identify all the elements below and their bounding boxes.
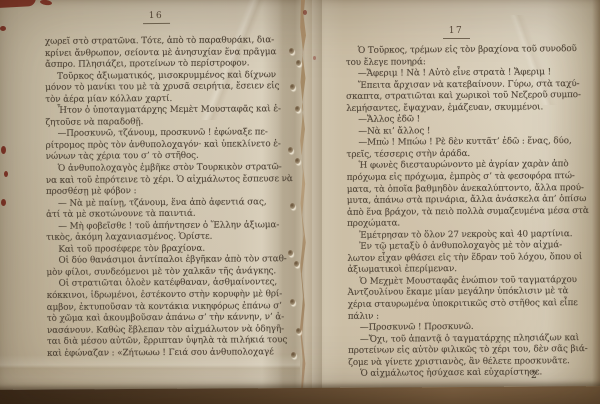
stitch-hole-icon xyxy=(288,147,293,153)
text-line: μόνον τὸ μανίκι του μὲ τὰ χρυσᾶ σειρήτια… xyxy=(45,81,283,94)
text-line: χωρεῖ στὸ στρατῶνα. Τότε, ἀπὸ τὸ παραθυρ… xyxy=(45,35,283,48)
stitch-hole-icon xyxy=(288,250,293,256)
red-speck xyxy=(4,171,8,177)
stitch-hole-icon xyxy=(290,203,295,209)
stitch-hole-icon xyxy=(290,299,295,305)
page-number-rule xyxy=(443,38,470,39)
red-speck xyxy=(303,10,307,15)
text-line: Ὁ Τοῦρκος, τρέμων εἰς τὸν βραχίονα τοῦ σ… xyxy=(346,44,576,57)
text-line: Ἦτον ὁ ὑποταγματάρχης Μεμὲτ Μουσταφᾶς κα… xyxy=(45,104,283,117)
stitch-hole-icon xyxy=(296,328,301,334)
stitch-hole-icon xyxy=(295,106,300,112)
page-number-left: 16 xyxy=(128,11,184,24)
text-line: Ὁ αἰχμάλωτος ἡσύχασε καὶ εὐχαρίστησε. xyxy=(348,367,578,380)
text-line: λεμήσαντες, ἔψαχναν, ἐμάζευαν, σκυμμένοι… xyxy=(346,102,576,115)
page-number-right-value: 17 xyxy=(449,26,463,36)
stitch-hole-icon xyxy=(295,158,300,164)
page-number-left-value: 16 xyxy=(149,11,164,21)
photo-background-bottom xyxy=(0,386,600,404)
text-line: να καὶ τοῦ ἐπρότεινε τὸ χέρι. Ὁ αἰχμάλωτ… xyxy=(46,174,284,187)
book-photo: 16 χωρεῖ στὸ στρατῶνα. Τότε, ἀπὸ τὸ παρα… xyxy=(0,0,600,404)
stitch-hole-icon xyxy=(290,84,295,90)
text-line: χέρια σταυρωμένα ὑποκριτικῶς στὸ στῆθος … xyxy=(348,298,578,311)
right-page-text: Ὁ Τοῦρκος, τρέμων εἰς τὸν βραχίονα τοῦ σ… xyxy=(346,44,579,381)
left-page-text: χωρεῖ στὸ στρατῶνα. Τότε, ἀπὸ τὸ παραθυρ… xyxy=(45,35,285,360)
signature-mark: 2 xyxy=(531,371,537,381)
text-line: ἀπὸ ἕνα βράχον, τὰ πειὸ πολλὰ συμαζευμέν… xyxy=(347,206,577,219)
page-number-right: 17 xyxy=(428,26,484,39)
text-line: καὶ ἐφώναζαν : «Ζήτωωω ! Γειά σου ἀνθυπο… xyxy=(47,347,285,360)
red-speck xyxy=(1,146,6,154)
stitch-hole-icon xyxy=(291,352,296,358)
text-line: —Μπὼ ! Μπώω ! Ρὲ δὲν κυττᾶτ’ ἐδῶ : ἕνας,… xyxy=(346,136,576,149)
stitch-hole-icon xyxy=(289,48,294,54)
red-speck xyxy=(313,56,316,60)
red-speck xyxy=(1,199,6,206)
stitch-hole-icon xyxy=(294,261,299,267)
red-speck xyxy=(0,26,6,31)
page-number-rule xyxy=(143,23,170,24)
stitch-hole-icon xyxy=(296,60,301,66)
text-line: λωτον εἶχαν φθάσει εἰς τὴν ἕδραν τοῦ λόχ… xyxy=(347,252,577,265)
